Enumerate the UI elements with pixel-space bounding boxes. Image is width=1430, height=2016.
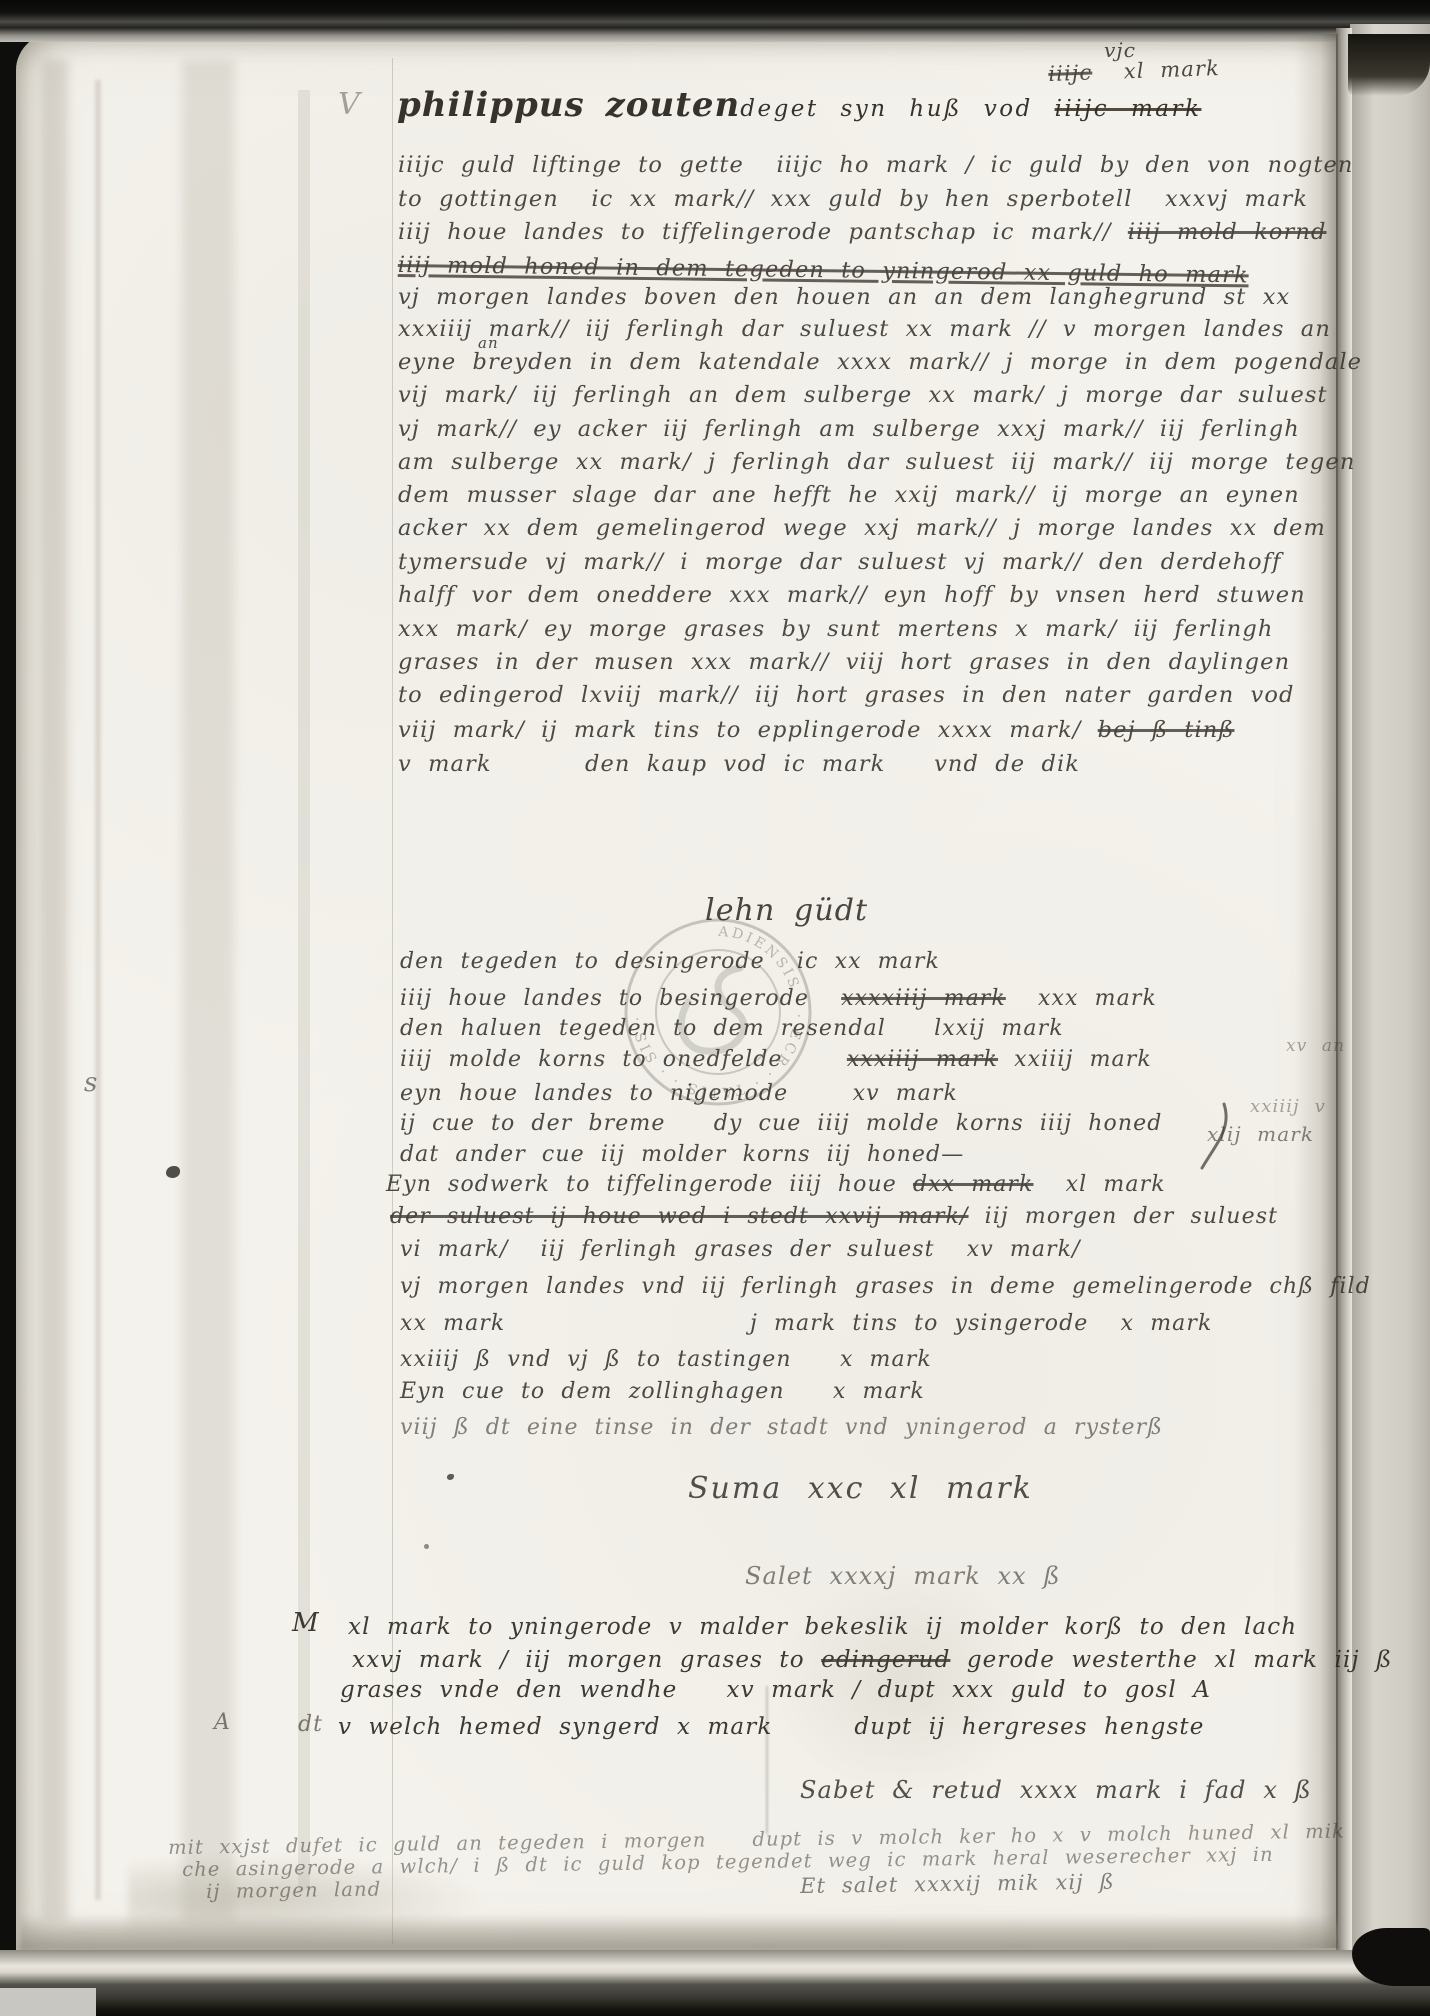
sabet-line: Sabet & retud xxxx mark i fad x ß <box>800 1778 1312 1802</box>
struck-text: der suluest ij houe wed i stedt xxvij ma… <box>390 1204 969 1229</box>
margin-check-v: V <box>338 90 361 120</box>
struck-text: bej ß tinß <box>1098 717 1235 743</box>
margin-mark-a: A <box>214 1712 231 1734</box>
stamp-outer-ring <box>626 920 810 1104</box>
struck-amount: iiijc <box>1048 60 1093 86</box>
line-text: xxvj mark / iij morgen grases to <box>352 1647 821 1673</box>
line-text: gerode westerthe xl mark iij ß <box>950 1647 1392 1673</box>
entry-name: philippus zouten <box>397 85 740 125</box>
next-page-edge <box>1350 24 1430 1972</box>
amount: xl mark <box>1092 56 1220 84</box>
manuscript-line: acker xx dem gemelingerod wege xxj mark/… <box>398 517 1326 540</box>
bottom-faint-line: ij morgen land <box>206 1880 381 1902</box>
line-text: xl mark <box>1033 1172 1165 1197</box>
book-bottom-edge <box>0 1950 1430 2016</box>
manuscript-line: grases in der musen xxx mark// viij hort… <box>398 651 1290 674</box>
manuscript-line: to edingerod lxviij mark// iij hort gras… <box>398 684 1295 707</box>
manuscript-line: eyne breyden in dem katendale xxxx mark/… <box>398 351 1362 374</box>
lehn-line: iiij houe landes to besingerode xxxxiiij… <box>400 988 1157 1010</box>
manuscript-scan: ADIENSIS · · ECR · · TATIS · · SIS · · v… <box>0 0 1430 2016</box>
manuscript-line: den kaup vod ic mark vnd de dik <box>585 753 1080 776</box>
debit-line: xxvj mark / iij morgen grases to edinger… <box>352 1649 1393 1672</box>
struck-text: dxx mark <box>913 1172 1034 1197</box>
margin-letter-s: s <box>84 1070 98 1096</box>
manuscript-line: viij mark/ ij mark tins to epplingerode … <box>398 719 1234 742</box>
summa-line: Suma xxc xl mark <box>688 1474 1033 1504</box>
struck-text: xxxiiij mark <box>847 1047 998 1072</box>
salet-line: Salet xxxxj mark xx ß <box>745 1564 1061 1588</box>
margin-note-faint: xxiiij v <box>1250 1098 1326 1116</box>
top-right-dark-corner <box>1348 34 1430 96</box>
superscript-correction: vjc <box>1104 40 1136 60</box>
lehn-line: j mark tins to ysingerode x mark <box>750 1313 1212 1335</box>
manuscript-line: dem musser slage dar ane hefft he xxij m… <box>398 484 1300 507</box>
line-text: iij morgen der suluest <box>969 1204 1279 1229</box>
heading-continuation: deget syn huß vod <box>740 96 1054 122</box>
manuscript-line: xxx mark/ ey morge grases by sunt merten… <box>398 618 1273 641</box>
line-text: iiij molde korns to onedfelde <box>400 1047 847 1072</box>
struck-text: iiij mold kornd <box>1128 219 1327 245</box>
struck-text: xxxxiiij mark <box>841 986 1006 1011</box>
line-text: xxiiij mark <box>998 1047 1152 1072</box>
paper-crease <box>766 1686 768 1834</box>
bottom-salet-line: Et salet xxxxij mik xij ß <box>800 1872 1115 1897</box>
left-page-edge-streak <box>42 60 68 1920</box>
manuscript-line: tymersude vj mark// i morge dar suluest … <box>398 551 1282 574</box>
debit-line: grases vnde den wendhe xv mark / dupt xx… <box>340 1679 1211 1702</box>
lehn-line: vj morgen landes vnd iij ferlingh grases… <box>400 1276 1371 1298</box>
manuscript-line: iiij houe landes to tiffelingerode pants… <box>398 221 1327 244</box>
manuscript-line: v mark <box>398 753 492 776</box>
manuscript-line: vij mark/ iij ferlingh an dem sulberge x… <box>398 384 1328 407</box>
margin-note-xv: xv an <box>1286 1038 1345 1055</box>
lehn-line: den tegeden to desingerode ic xx mark <box>400 951 940 973</box>
heading-struck-amount: iiijc mark <box>1055 96 1202 122</box>
left-page-edge-line <box>96 80 100 1900</box>
bottom-left-sliver <box>0 1988 96 2016</box>
manuscript-line: iiijc guld liftinge to gette iiijc ho ma… <box>398 154 1354 177</box>
manuscript-line: halff vor dem oneddere xxx mark// eyn ho… <box>398 584 1306 607</box>
debit-line: xl mark to yningerode v malder bekeslik … <box>348 1616 1297 1639</box>
section-heading: lehn güdt <box>705 896 868 926</box>
struck-text: edingerud <box>821 1647 950 1673</box>
ink-speck <box>424 1544 429 1549</box>
lehn-line: eyn houe landes to nigemode xv mark <box>400 1083 958 1105</box>
lehn-line: xxiiij ß vnd vj ß to tastingen x mark <box>400 1349 932 1371</box>
margin-mark-dt: dt <box>298 1714 323 1736</box>
lehn-line: Eyn sodwerk to tiffelingerode iiij houe … <box>386 1174 1166 1196</box>
heading-line: philippus zoutendeget syn huß vod iiijc … <box>397 88 1201 122</box>
lehn-line: vi mark/ iij ferlingh grases der suluest… <box>400 1239 1081 1261</box>
debit-line: v welch hemed syngerd x mark dupt ij her… <box>338 1716 1204 1739</box>
margin-note-amount: xlij mark <box>1207 1124 1314 1144</box>
lehn-line: Eyn cue to dem zollinghagen x mark <box>400 1381 925 1403</box>
lehn-line: den haluen tegeden to dem resendal lxxij… <box>400 1018 1064 1040</box>
lehn-line: dat ander cue iij molder korns iij honed… <box>400 1144 964 1166</box>
left-page-edge-streak <box>182 60 234 1920</box>
manuscript-line: vj mark// ey acker iij ferlingh am sulbe… <box>398 418 1300 441</box>
manuscript-line: to gottingen ic xx mark// xxx guld by he… <box>398 188 1308 211</box>
line-text: iiij houe landes to tiffelingerode pants… <box>398 219 1128 245</box>
line-text: iiij houe landes to besingerode <box>400 986 841 1011</box>
line-text: viij mark/ ij mark tins to epplingerode … <box>398 717 1098 743</box>
lehn-line: viij ß dt eine tinse in der stadt vnd yn… <box>400 1417 1163 1439</box>
lehn-line: xx mark <box>400 1313 505 1335</box>
lehn-line: ij cue to der breme dy cue iiij molde ko… <box>400 1113 1162 1135</box>
book-top-edge <box>0 0 1430 42</box>
manuscript-line: xxxiiij mark// iij ferlingh dar suluest … <box>398 318 1331 341</box>
lehn-line-deleted: der suluest ij houe wed i stedt xxvij ma… <box>390 1206 1278 1228</box>
manuscript-line: am sulberge xx mark/ j ferlingh dar sulu… <box>398 451 1355 474</box>
manuscript-line: vj morgen landes boven den houen an an d… <box>398 286 1290 309</box>
line-text: xxx mark <box>1006 986 1157 1011</box>
margin-paragraph-mark: M <box>292 1610 320 1636</box>
line-text: Eyn sodwerk to tiffelingerode iiij houe <box>386 1172 913 1197</box>
lehn-line: iiij molde korns to onedfelde xxxiiij ma… <box>400 1049 1152 1071</box>
